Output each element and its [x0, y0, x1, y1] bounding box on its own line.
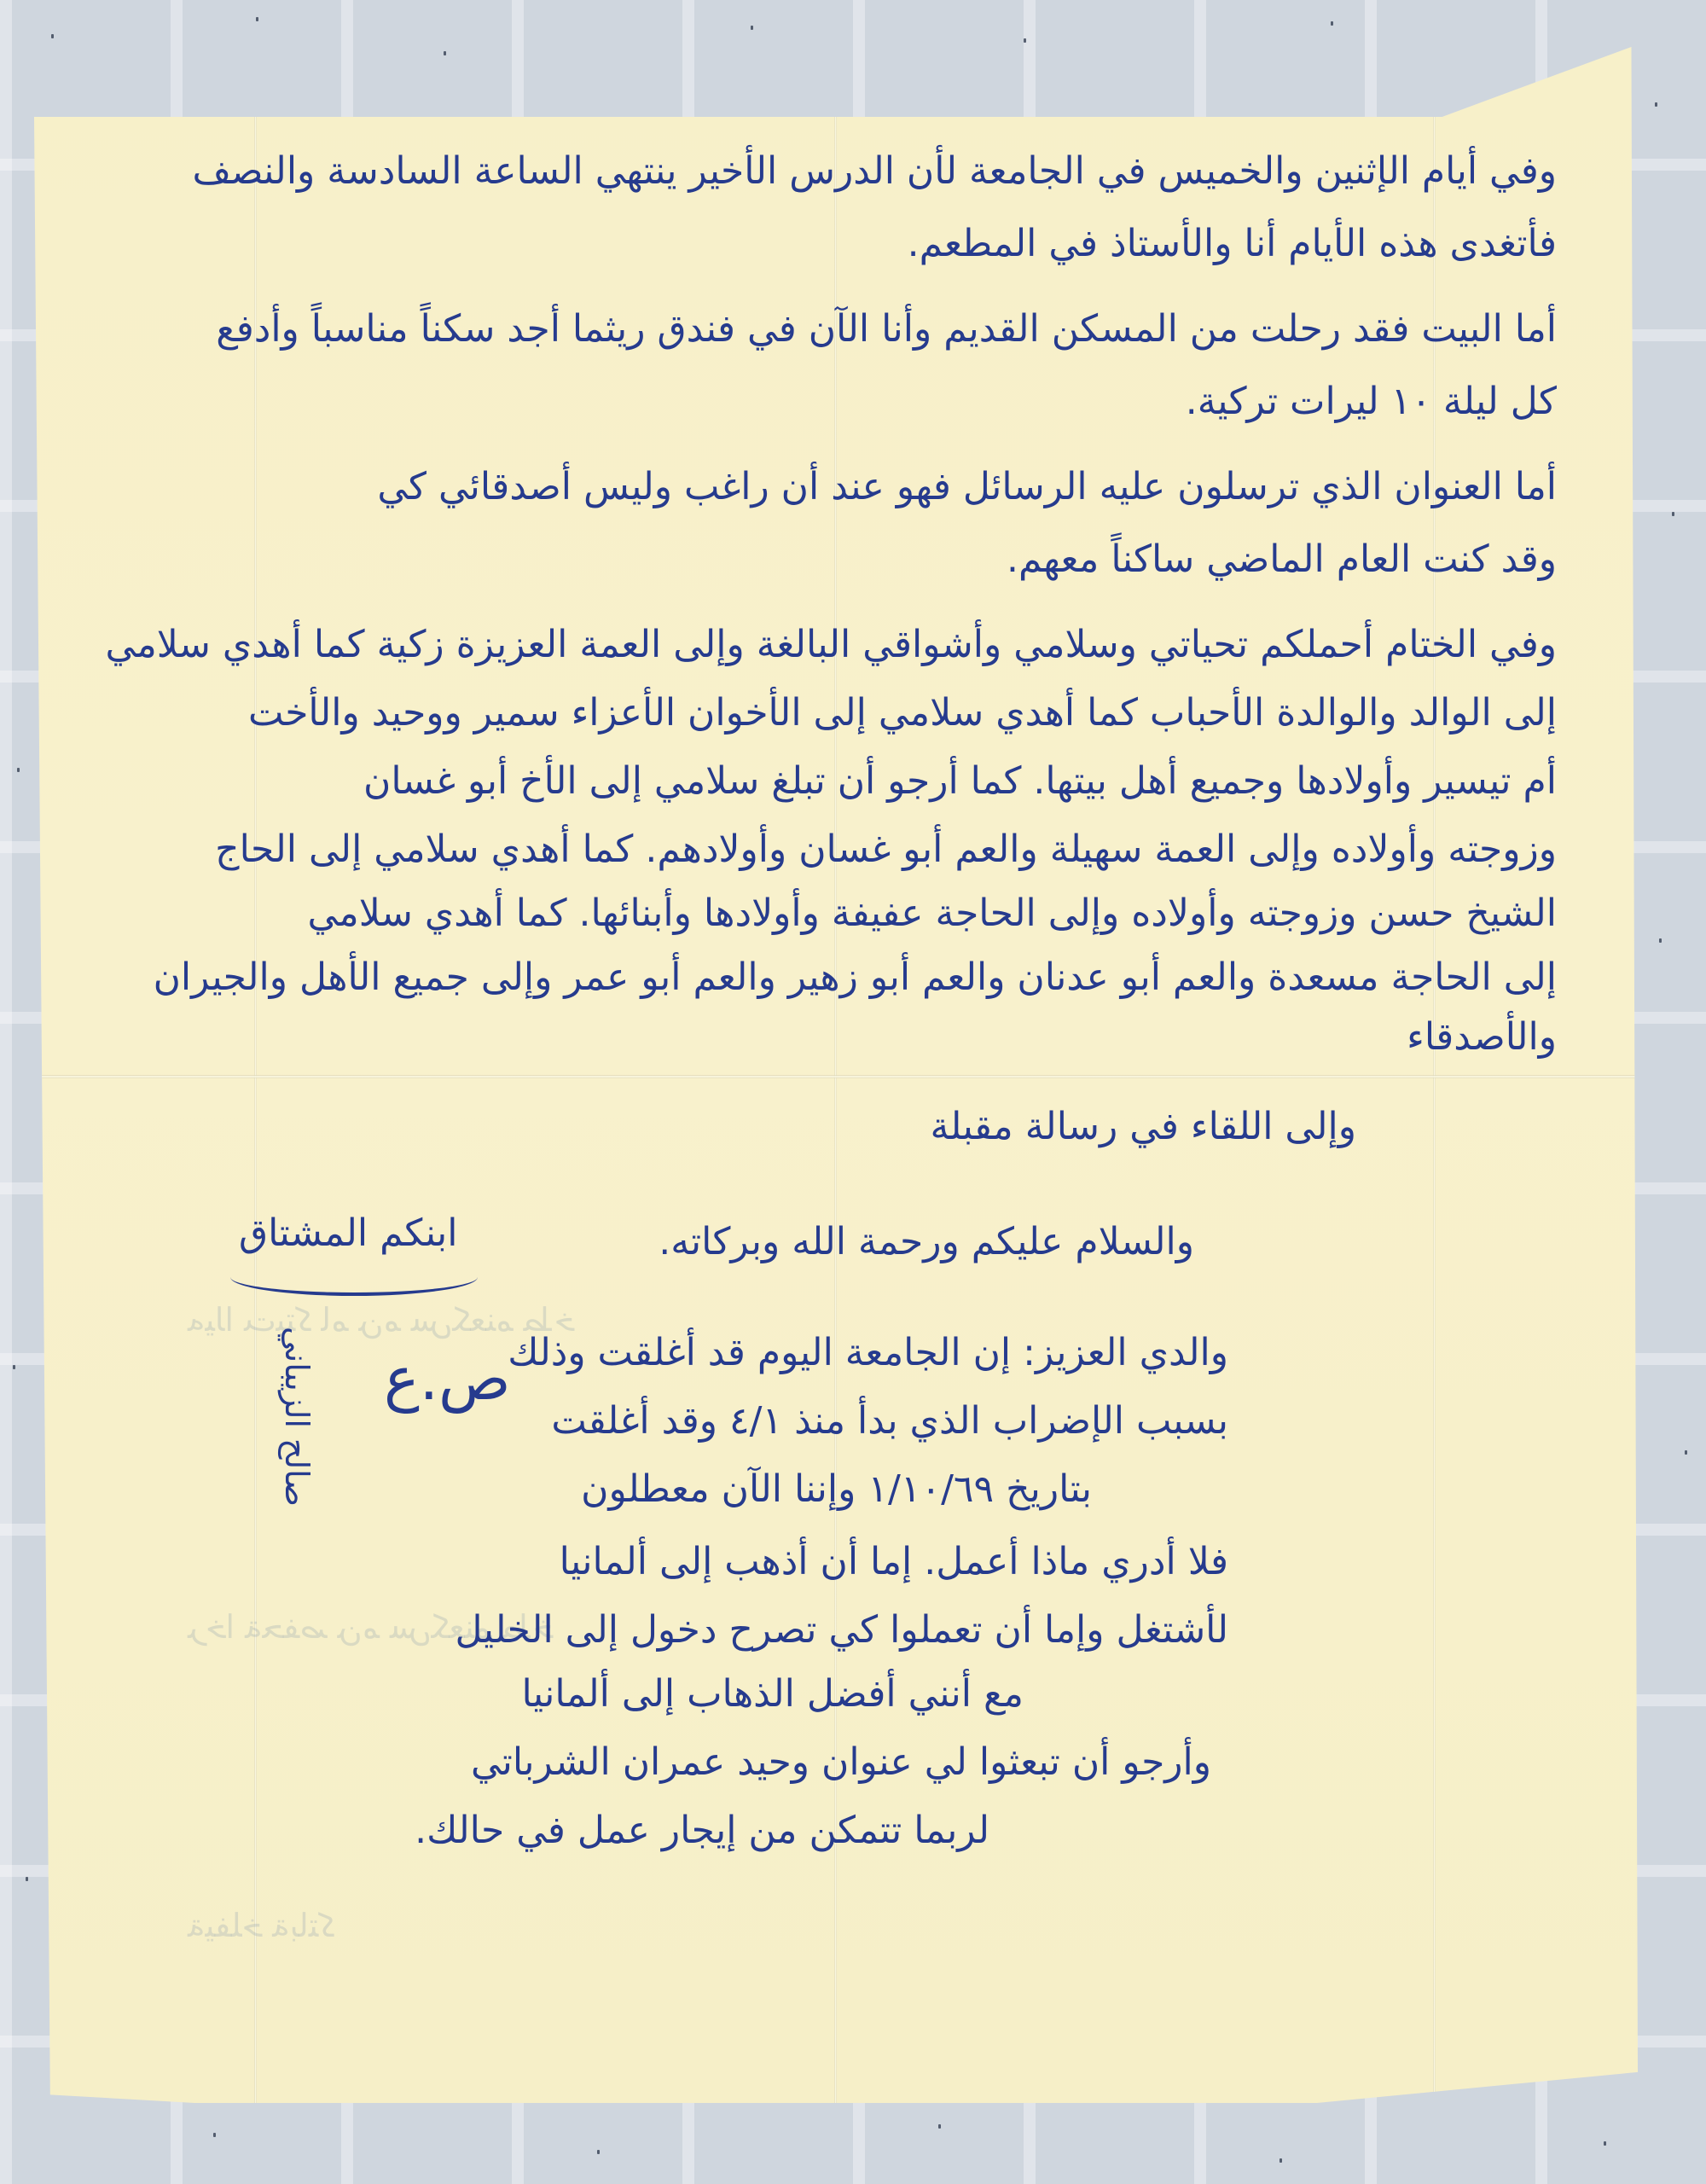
postscript-line: مع أنني أفضل الذهاب إلى ألمانيا: [521, 1672, 1024, 1716]
letter-line: وزوجته وأولاده وإلى العمة سهيلة والعم أب…: [215, 828, 1557, 871]
letter-line: إلى الوالد والوالدة الأحباب كما أهدي سلا…: [248, 691, 1557, 735]
signature-initials: ص.ع: [384, 1344, 511, 1414]
postscript-line: بتاريخ ١/١٠/٦٩ وإننا الآن معطلون: [581, 1467, 1092, 1511]
letter-line: أما البيت فقد رحلت من المسكن القديم وأنا…: [216, 307, 1557, 351]
letter-line: فأتغدى هذه الأيام أنا والأستاذ في المطعم…: [908, 222, 1557, 265]
letter-line: وفي أيام الإثنين والخميس في الجامعة لأن …: [192, 149, 1557, 193]
postscript-line: لربما تتمكن من إيجار عمل في حالك.: [415, 1809, 989, 1852]
signature-name: صالح الزيباني: [278, 1327, 316, 1507]
signature-closing: ابنكم المشتاق: [239, 1211, 457, 1255]
letter-line: كل ليلة ١٠ ليرات تركية.: [1186, 380, 1557, 423]
letter-line: الشيخ حسن وزوجته وأولاده وإلى الحاجة عفي…: [307, 892, 1557, 935]
letter-line: والسلام عليكم ورحمة الله وبركاته.: [659, 1220, 1194, 1263]
letter-line: إلى الحاجة مسعدة والعم أبو عدنان والعم أ…: [154, 955, 1557, 999]
signature-underline: [230, 1258, 478, 1296]
fold-line: [34, 1075, 1638, 1078]
postscript-line: لأشتغل وإما أن تعملوا كي تصرح دخول إلى ا…: [455, 1608, 1228, 1652]
letter-paper: ﻪﻴﻟﺍ ﺖﺒﺘﻛ ﺎﻣ ﻦﻣ ﺲﻜﻌﻨﻣ ﻂﺧ ﺮﺧﺍ ﺔﺤﻔﺻ ﻦﻣ ﺲﻜﻌ…: [34, 47, 1638, 2103]
postscript-line: وأرجو أن تبعثوا لي عنوان وحيد عمران الشر…: [471, 1740, 1211, 1784]
postscript-line: والدي العزيز: إن الجامعة اليوم قد أغلقت …: [508, 1331, 1228, 1374]
letter-line: وفي الختام أحملكم تحياتي وسلامي وأشواقي …: [106, 623, 1557, 666]
postscript-line: فلا أدري ماذا أعمل. إما أن أذهب إلى ألما…: [560, 1540, 1228, 1583]
letter-line: أما العنوان الذي ترسلون عليه الرسائل فهو…: [377, 465, 1557, 508]
postscript-line: بسبب الإضراب الذي بدأ منذ ٤/١ وقد أغلقت: [551, 1399, 1228, 1443]
letter-line: أم تيسير وأولادها وجميع أهل بيتها. كما أ…: [363, 759, 1557, 803]
letter-line: والأصدقاء: [1407, 1015, 1557, 1059]
letter-line: وإلى اللقاء في رسالة مقبلة: [930, 1105, 1356, 1148]
letter-line: وقد كنت العام الماضي ساكناً معهم.: [1007, 537, 1557, 581]
